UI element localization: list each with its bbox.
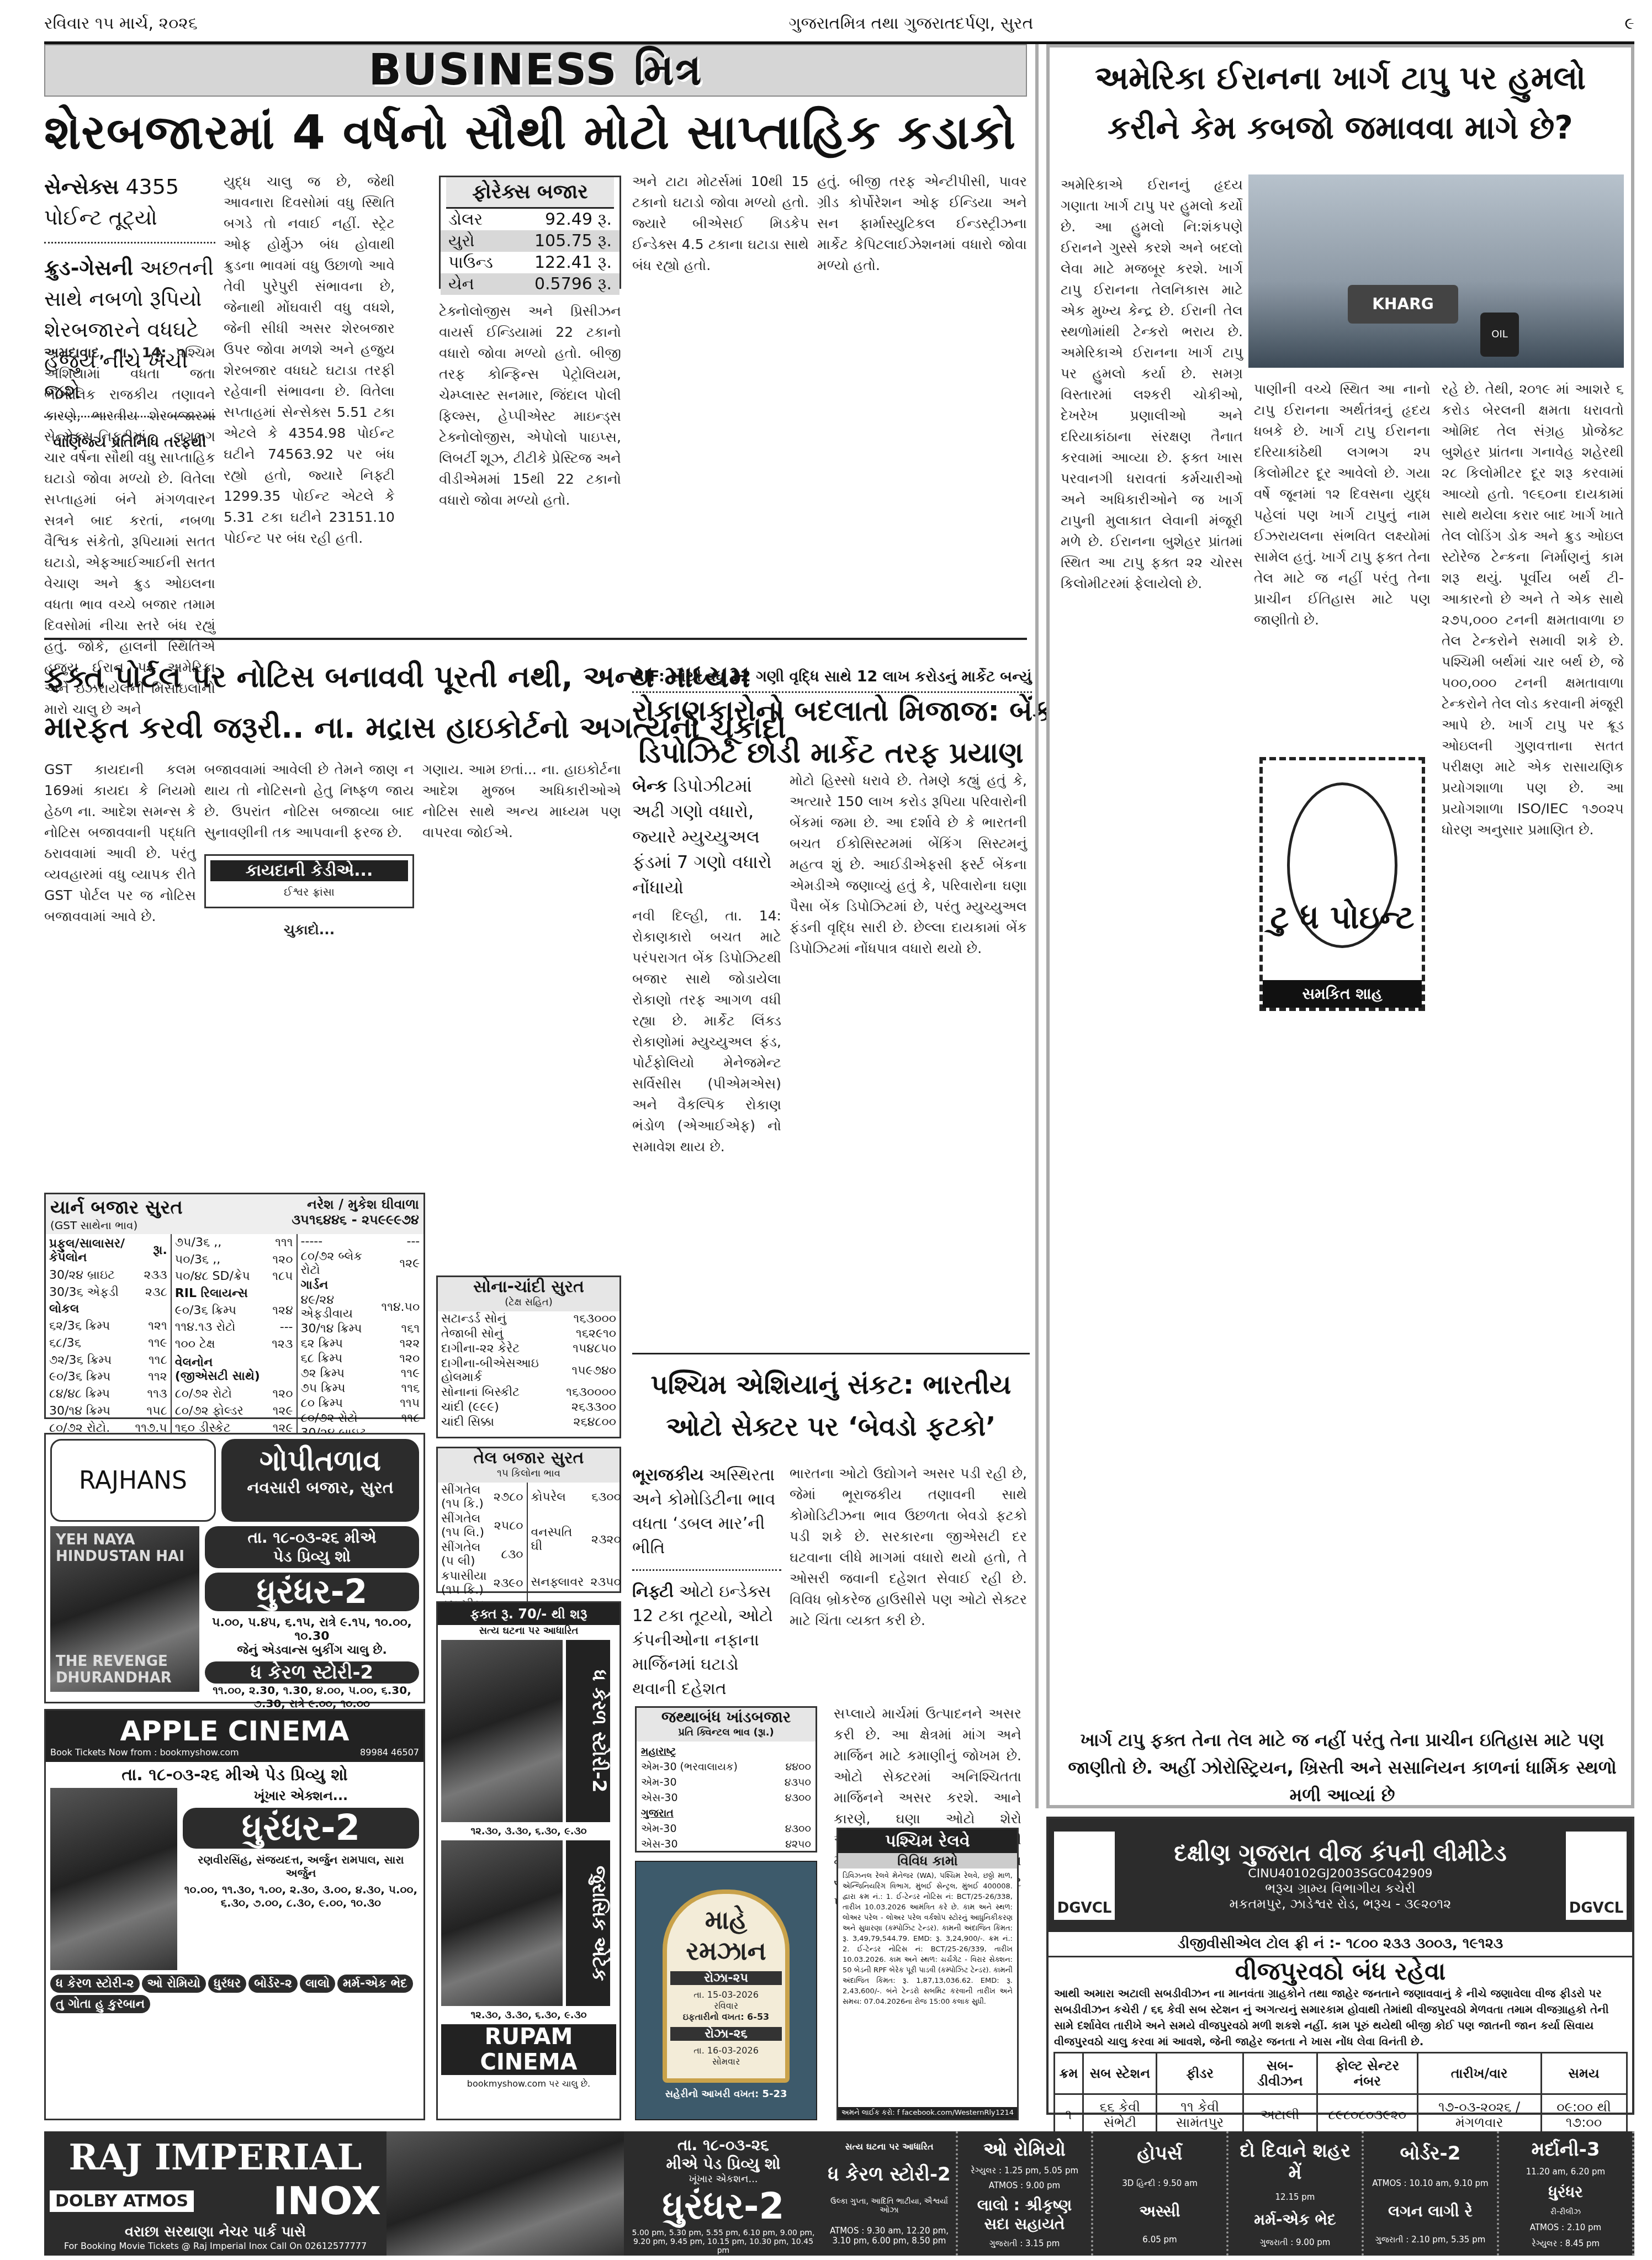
table-header: ક્રમ xyxy=(1054,2053,1083,2094)
table-row: ચાંદી (૯૯૯)૨૬૩૩૦૦ xyxy=(438,1400,619,1415)
cinema-listing: મર્દાની-3 11.20 am, 6.20 pm ધુરંધર રી-રી… xyxy=(1499,2131,1634,2256)
table-row: ૬૨/3૬ ક્રિમ્પ૧૨૧ xyxy=(46,1317,171,1335)
lead-body-col3: ટેક્નોલોજીસ અને પ્રિસીઝન વાયર્સ ઈન્ડિયામ… xyxy=(439,301,621,511)
cinema-listing: દો દિવાને શહર મેં 12.15 pm મર્મ-એક ભેદ ગ… xyxy=(1229,2131,1364,2256)
western-railway-ad: પશ્ચિમ રેલવે વિવિધ કામો ડિવિઝનલ રેલવે મે… xyxy=(836,1828,1019,2120)
table-row: ૮૦/૭૨ ફોલ્ડર૧૨૯ xyxy=(172,1402,297,1420)
aif-strapline: AIF: સૌથી વધુ 12 ગણી વૃદ્ધિ સાથે 12 લાખ … xyxy=(632,668,1032,693)
movie-title: ધુરંધર-2 xyxy=(628,2185,818,2229)
table-row: 30/3૬ એફડી૨૩૮ xyxy=(46,1284,171,1301)
table-row: 30/૨૪ બ્રાઇટ૨૩૩ xyxy=(46,1267,171,1284)
divider xyxy=(44,638,1027,640)
table-row: ૮૦/૭૨ બ્લેક રોટો૧૨૯ xyxy=(298,1249,423,1278)
forex-title: ફોરેક્સ બજાર xyxy=(446,177,614,209)
publication-name: ગુજરાતમિત્ર તથા ગુજરાતદર્પણ, સુરત xyxy=(788,14,1033,33)
auto-subheads: ભૂરાજકીય અસ્થિરતા અને કોમોડિટીના ભાવ વધત… xyxy=(632,1463,781,1701)
table-row: એમ-30 (ભરવાલાયક)૪૪૦૦ xyxy=(641,1759,811,1775)
forex-row: યુરો105.75 રૂ. xyxy=(441,230,619,252)
investor-headline: રોકાણકારોનો બદલાતો મિજાજ: બેંક ડિપોઝિટ છ… xyxy=(632,690,1030,774)
movie-poster xyxy=(50,1788,177,1970)
rajhans-cinema-ad: RAJHANS ગોપીતળાવ નવસારી બજાર, સુરત YEH N… xyxy=(44,1433,425,1703)
table-row: ૪૯/૨૪ એફડીવાય૧૧૪.૫૦ xyxy=(298,1293,423,1321)
to-the-point-logo: ટુ ધ પોઇન્ટ સમકિત શાહ xyxy=(1259,757,1425,1011)
table-row: ચાંદી સિક્કા૨૬૪૮૦૦ xyxy=(438,1415,619,1430)
forex-row: યેન0.5796 રૂ. xyxy=(441,273,619,295)
rupam-cinema-ad: ફક્ત રૂ. 70/- થી શરૂ સત્ય ઘટના પર આધારિત… xyxy=(436,1601,621,2120)
table-row: સનફ્લાવર૨૩૫૦ xyxy=(528,1568,624,1597)
table-row: ૫૦/3૬ ,,૧૨૦ xyxy=(172,1251,297,1268)
column-author: સમકિત શાહ xyxy=(1263,980,1422,1008)
table-row: ૮૦/૭૨ રોટો૧૨૦ xyxy=(172,1385,297,1402)
movie-poster xyxy=(386,2131,624,2256)
lead-subhead-1: સેન્સેક્સ 4355 પોઈન્ટ તૂટ્યો xyxy=(44,171,215,233)
table-row: ૧૧૪.૧૩ રોટો--- xyxy=(172,1319,297,1336)
table-row: વેલનોન (જીએસટી સાથે) xyxy=(172,1353,297,1385)
table-row: એસ-30૪૨૫૦ xyxy=(641,1836,811,1852)
table-row: ૮૦/૭૨ રોટો૧૧૮ xyxy=(298,1411,423,1426)
court-body-col1: GST કાયદાની કલમ 169માં કાયદા કે નિયમો હે… xyxy=(44,759,196,927)
court-body-col2: બજાવવામાં આવેલી છે તેમને જાણ ન થાય તો નો… xyxy=(204,759,414,940)
movie-poster xyxy=(441,1840,563,2006)
movie-title: ધ કેરળ સ્ટોરી-2 xyxy=(205,1661,419,1684)
raj-imperial-ad: RAJ IMPERIAL DOLBY ATMOS INOX વરાછા સરથા… xyxy=(44,2131,1634,2256)
yarn-market-table: યાર્ન બજાર સુરત(GST સાથેના ભાવ) નરેશ / મ… xyxy=(44,1193,425,1419)
table-header: સબ સ્ટેશન xyxy=(1083,2053,1157,2094)
movie-title: ધ કેરળ સ્ટોરી-૨ xyxy=(50,1975,140,1993)
ramzan-ad: માહે રમઝાન રોઝા-૨૫ તા. 15-03-2026 રવિવાર… xyxy=(635,1861,817,2120)
iran-story-box: અમેરિકા ઈરાનના ખાર્ગ ટાપુ પર હુમલો કરીને… xyxy=(1046,44,1634,1808)
apple-cinema-ad: APPLE CINEMA Book Tickets Now from : boo… xyxy=(44,1709,425,2120)
forex-box: ફોરેક્સ બજાર ડોલર92.49 રૂ. યુરો105.75 રૂ… xyxy=(439,176,621,289)
table-row: ૭૨/3૬ ક્રિમ્પ૧૧૮ xyxy=(46,1352,171,1369)
table-row: RIL રિલાયન્સ xyxy=(172,1285,297,1302)
movie-title: ઓ રોમિયો xyxy=(142,1975,206,1993)
table-row: ૯૦/3૬ ક્રિમ્પ૧૧૨ xyxy=(46,1369,171,1386)
movie-poster: YEH NAYA HINDUSTAN HAITHE REVENGE DHURAN… xyxy=(50,1526,199,1692)
table-row: ૫૦/૪૮ SD/ક્રેપ૧૮૫ xyxy=(172,1268,297,1285)
table-row: પ્રફુલ/સાલાસર/કેપલોનરૂા. xyxy=(46,1234,171,1267)
lead-body-col5: હતું. બીજી તરફ એન્ટીપીસી, પાવર ગ્રીડ કોર… xyxy=(817,171,1027,276)
cinema-listing: ઓ રોમિયો રેગ્યુલર : 1.25 pm, 5.05 pm ATM… xyxy=(958,2131,1093,2256)
table-row: સીંગતેલ (૧૫ લિ.)૨૫૮૦ xyxy=(438,1511,527,1540)
table-row: ૭૨ ક્રિમ્પ૧૧૯ xyxy=(298,1366,423,1381)
table-row: ૭૫/3૬ ,,૧૧૧ xyxy=(172,1234,297,1251)
table-row: તેજાબી સોનું૧૬૨૯૧૦ xyxy=(438,1326,619,1341)
movie-poster xyxy=(441,1640,563,1822)
table-row: ૬૮/3૬૧૧૯ xyxy=(46,1335,171,1352)
cinema-listing: હોપર્સ 3D હિન્દી : 9.50 am અસ્સી 6.05 pm xyxy=(1093,2131,1229,2256)
gold-silver-table: સોના-ચાંદી સુરત (ટેક્ષ સહિત) સટાન્ડર્ડ સ… xyxy=(436,1275,621,1438)
table-row: ૧૦૦ ટેક્ષ૧૨૩ xyxy=(172,1336,297,1353)
investor-subhead: બેન્ક ડિપોઝીટમાં અઢી ગણો વધારો, જ્યારે મ… xyxy=(632,773,781,900)
table-row: સીંગતેલ (૧૫ કિ.)૨૭૮૦ xyxy=(438,1483,527,1511)
table-row: -------- xyxy=(298,1234,423,1249)
table-header: સમય xyxy=(1541,2053,1627,2094)
table-row: ૧૬૬ કેવી સંભેટી૧૧ કેવી સામંતપુરઅટાલી૮૯૮૦… xyxy=(1054,2094,1627,2136)
table-row: સટાન્ડર્ડ સોનું૧૬૩૦૦૦ xyxy=(438,1311,619,1326)
movie-title: ધુરંધર-2 xyxy=(183,1808,419,1849)
forex-row: ડોલર92.49 રૂ. xyxy=(441,209,619,230)
iran-body-col3: રહે છે. તેથી, ૨૦૧૯ માં આશરે ૬ કરોડ બેરલન… xyxy=(1442,379,1624,840)
forex-row: પાઉન્ડ122.41 રૂ. xyxy=(441,252,619,273)
table-row: ૬૨ ક્રિમ્પ૧૨૨ xyxy=(298,1336,423,1351)
investor-body-col1: નવી દિલ્હી, તા. 14: રોકાણકારો બચત માટે પ… xyxy=(632,906,781,1157)
table-row: વનસ્પતિ ઘી૨૩૨૦ xyxy=(528,1512,624,1568)
table-header: ફોલ્ટ સેન્ટર નંબર xyxy=(1317,2053,1417,2094)
lead-body-col2: યુદ્ધ ચાલુ જ છે, જેથી આવનારા દિવસોમાં વધ… xyxy=(224,171,395,549)
movie-title: બોર્ડર-૨ xyxy=(248,1975,298,1993)
table-header: ફીડર xyxy=(1157,2053,1243,2094)
table-header: સબ-ડીવીઝન xyxy=(1243,2053,1317,2094)
table-row: એમ-30૪૩૦૦ xyxy=(641,1821,811,1836)
table-row: દાગીના-બીએસઆઇ હોલમાર્ક૧૫૯૭૪૦ xyxy=(438,1356,619,1385)
oil-market-table: તેલ બજાર સુરત ૧૫ કિલોના ભાવ સીંગતેલ (૧૫ … xyxy=(436,1447,621,1593)
auto-body-col2: ભારતના ઓટો ઉદ્યોગને અસર પડી રહી છે, જેમા… xyxy=(790,1463,1027,1631)
table-row: લોકલ xyxy=(46,1301,171,1318)
table-row: ૮૪/૪૮ ક્રિમ્પ૧૧૩ xyxy=(46,1385,171,1402)
lead-headline: શેરબજારમાં 4 વર્ષનો સૌથી મોટો સાપ્તાહિક … xyxy=(44,102,1027,163)
table-row: ૮૦ ક્રિમ્પ૧૧૫ xyxy=(298,1396,423,1411)
table-row: ૬૮ ક્રિમ્પ૧૨૦ xyxy=(298,1351,423,1366)
section-banner: BUSINESS મિત્ર xyxy=(44,44,1027,97)
rajhans-logo: RAJHANS xyxy=(50,1439,216,1522)
court-body-col3: ગણાય. આમ છતાં... ના. હાઇકોર્ટના આદેશ મુજ… xyxy=(422,759,621,843)
facebook-link[interactable]: અમને લાઈક કરો: f facebook.com/WesternRly xyxy=(841,2109,996,2117)
movie-title: મર્મ-એક ભેદ xyxy=(337,1975,413,1993)
auto-headline: પશ્ચિમ એશિયાનું સંકટ: ભારતીય ઓટો સેક્ટર … xyxy=(632,1364,1030,1448)
cinema-listing: સત્ય ઘટના પર આધારિત ધ કેરળ સ્ટોરી-2 ઉલ્ક… xyxy=(823,2131,958,2256)
issue-date: રવિવાર ૧૫ માર્ચ, ૨૦૨૬ xyxy=(44,14,198,33)
movie-title: લાલો xyxy=(300,1975,335,1993)
sugar-market-table: જથ્થાબંધ ખાંડબજાર પ્રતિ ક્વિન્ટલ ભાવ (રૂ… xyxy=(635,1706,817,1853)
table-row: ગાર્ડન xyxy=(298,1278,423,1293)
outage-table: ક્રમસબ સ્ટેશનફીડરસબ-ડીવીઝનફોલ્ટ સેન્ટર ન… xyxy=(1053,2052,1628,2136)
table-row: એસ-30૪૩૦૦ xyxy=(641,1790,811,1806)
table-row: 30/૧૪ ક્રિમ્પ૧૫૮ xyxy=(46,1402,171,1420)
table-row: સોનાનાં બિસ્કીટ૧૬૩૦૦૦૦ xyxy=(438,1385,619,1400)
dgvcl-notice: DGVCL દક્ષીણ ગુજરાત વીજ કંપની લીમીટેડ CI… xyxy=(1046,1817,1634,2115)
table-row: ૭૫ ક્રિમ્પ૧૧૬ xyxy=(298,1381,423,1396)
iran-pullquote: ખાર્ગ ટાપુ ફક્ત તેના તેલ માટે જ નહીં પરં… xyxy=(1061,1726,1624,1809)
investor-body-col2: મોટો હિસ્સો ધરાવે છે. તેમણે કહ્યું હતું … xyxy=(790,770,1027,959)
kayda-column-box: કાયદાની કેડીએ... ઈશ્વર ફ્રાંસા xyxy=(204,854,414,908)
dgvcl-logo-left: DGVCL xyxy=(1054,1832,1115,1920)
movie-title: ધુરંધર xyxy=(208,1975,246,1993)
dgvcl-logo-right: DGVCL xyxy=(1566,1832,1627,1920)
table-row: કપાસીયા (૧૫ કિ.)૨૩૯૦ xyxy=(438,1569,527,1597)
table-header: તારીખ/વાર xyxy=(1417,2053,1541,2094)
cartoon-illustration: KHARG OIL xyxy=(1248,174,1624,368)
lead-body-col4: અને ટાટા મોટર્સમાં 10થી 15 ટકાનો ઘટાડો જ… xyxy=(632,171,809,276)
table-row: દાગીના-૨૨ કેરેટ૧૫૪૮૫૦ xyxy=(438,1341,619,1356)
table-row: એમ-30૪૩૫૦ xyxy=(641,1775,811,1790)
cinema-listing: બોર્ડર-2 ATMOS : 10.10 am, 9.10 pm લગન લ… xyxy=(1364,2131,1499,2256)
movie-title: તુ ગોતા હુ કુરબાન xyxy=(50,1995,150,2013)
iran-body-col2: પાણીની વચ્ચે સ્થિત આ નાનો ટાપુ ઈરાનના અર… xyxy=(1254,379,1431,631)
page-number: ૯ xyxy=(1624,14,1634,33)
table-row: 30/૧૪ ક્રિમ્પ૧૬૧ xyxy=(298,1321,423,1336)
masthead: રવિવાર ૧૫ માર્ચ, ૨૦૨૬ ગુજરાતમિત્ર તથા ગુ… xyxy=(44,6,1634,44)
table-row: કોપરેલ૬૩૦૦ xyxy=(528,1483,624,1512)
movie-title: ધુરંધર-2 xyxy=(205,1573,419,1611)
table-row: સીંગતેલ (૫ લી)૮૩૦ xyxy=(438,1540,527,1569)
iran-body-col1: અમેરિકાએ ઈરાનનું હૃદય ગણાતા ખાર્ગ ટાપુ પ… xyxy=(1061,174,1243,594)
table-row: ૯૦/3૬ ક્રિમ્પ૧૨૪ xyxy=(172,1302,297,1319)
iran-headline: અમેરિકા ઈરાનના ખાર્ગ ટાપુ પર હુમલો કરીને… xyxy=(1050,53,1631,152)
